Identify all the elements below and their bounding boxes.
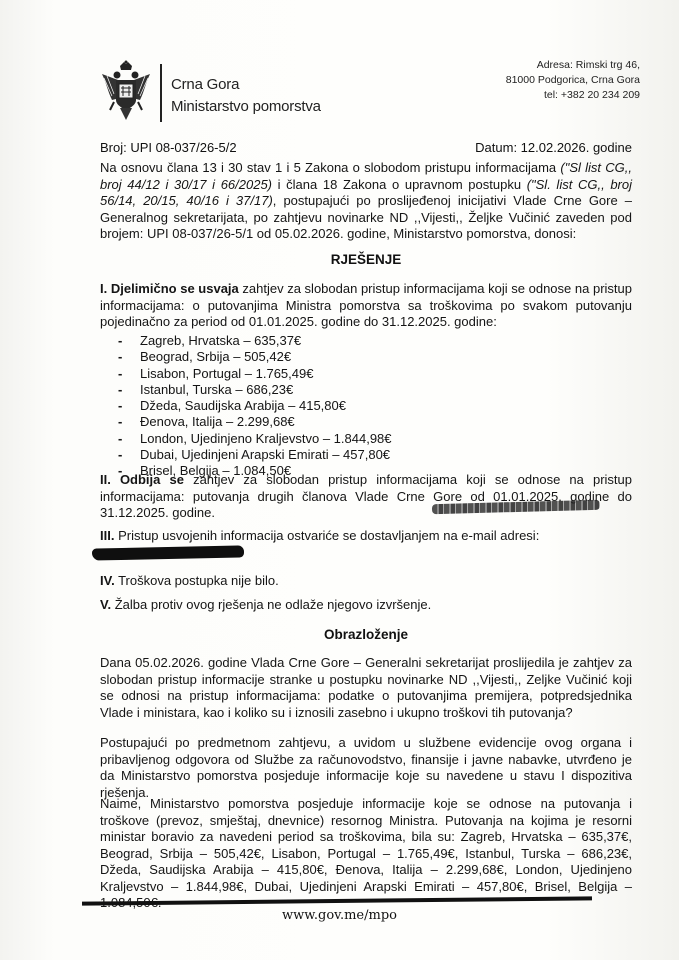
list-item: Džeda, Saudijska Arabija – 415,80€ <box>118 398 392 414</box>
section-3-lead: III. <box>100 528 114 543</box>
address-city: 81000 Podgorica, Crna Gora <box>506 73 640 88</box>
letterhead: Crna Gora Ministarstvo pomorstva Adresa:… <box>96 58 646 138</box>
list-item: Lisabon, Portugal – 1.765,49€ <box>118 366 392 382</box>
contact-address: Adresa: Rimski trg 46, 81000 Podgorica, … <box>506 58 640 103</box>
organization-name: Crna Gora Ministarstvo pomorstva <box>171 74 321 118</box>
address-street: Adresa: Rimski trg 46, <box>506 58 640 73</box>
section-4-text: Troškova postupka nije bilo. <box>115 573 279 588</box>
list-item: Zagreb, Hrvatska – 635,37€ <box>118 333 392 349</box>
section-2-lead: II. Odbija se <box>100 472 184 487</box>
section-1-lead: I. Djelimično se usvaja <box>100 281 239 296</box>
reasoning-paragraph-3: Naime, Ministarstvo pomorstva posjeduje … <box>100 796 632 912</box>
ministry-name: Ministarstvo pomorstva <box>171 96 321 118</box>
document-number: Broj: UPI 08-037/26-5/2 <box>100 140 237 155</box>
reasoning-title: Obrazloženje <box>100 627 632 642</box>
intro-text-2: i člana 18 Zakona o upravnom postupku <box>272 177 527 192</box>
country-name: Crna Gora <box>171 74 321 96</box>
intro-text-1: Na osnovu člana 13 i 30 stav 1 i 5 Zakon… <box>100 160 560 175</box>
section-5: V. Žalba protiv ovog rješenja ne odlaže … <box>100 597 632 614</box>
list-item: Beograd, Srbija – 505,42€ <box>118 349 392 365</box>
list-item: London, Ujedinjeno Kraljevstvo – 1.844,9… <box>118 431 392 447</box>
decision-title: RJEŠENJE <box>100 252 632 267</box>
section-5-text: Žalba protiv ovog rješenja ne odlaže nje… <box>111 597 431 612</box>
section-4: IV. Troškova postupka nije bilo. <box>100 573 632 590</box>
letterhead-divider <box>160 64 162 122</box>
section-5-lead: V. <box>100 597 111 612</box>
section-2: II. Odbija se zahtjev za slobodan pristu… <box>100 472 632 522</box>
section-3-text: Pristup usvojenih informacija ostvariće … <box>114 528 539 543</box>
phone-number: tel: +382 20 234 209 <box>506 88 640 103</box>
trips-list: Zagreb, Hrvatska – 635,37€ Beograd, Srbi… <box>118 333 392 480</box>
list-item: Istanbul, Turska – 686,23€ <box>118 382 392 398</box>
document-page: Crna Gora Ministarstvo pomorstva Adresa:… <box>0 0 679 960</box>
footer-website: www.gov.me/mpo <box>0 908 679 923</box>
list-item: Dubai, Ujedinjeni Arapski Emirati – 457,… <box>118 447 392 463</box>
document-date: Datum: 12.02.2026. godine <box>475 140 632 155</box>
intro-paragraph: Na osnovu člana 13 i 30 stav 1 i 5 Zakon… <box>100 160 632 243</box>
reasoning-paragraph-1: Dana 05.02.2026. godine Vlada Crne Gore … <box>100 655 632 721</box>
reasoning-paragraph-2: Postupajući po predmetnom zahtjevu, a uv… <box>100 735 632 801</box>
section-4-lead: IV. <box>100 573 115 588</box>
section-1: I. Djelimično se usvaja zahtjev za slobo… <box>100 281 632 331</box>
redacted-email <box>92 545 244 560</box>
section-3: III. Pristup usvojenih informacija ostva… <box>100 528 632 545</box>
list-item: Đenova, Italija – 2.299,68€ <box>118 414 392 430</box>
coat-of-arms-icon <box>98 60 154 124</box>
